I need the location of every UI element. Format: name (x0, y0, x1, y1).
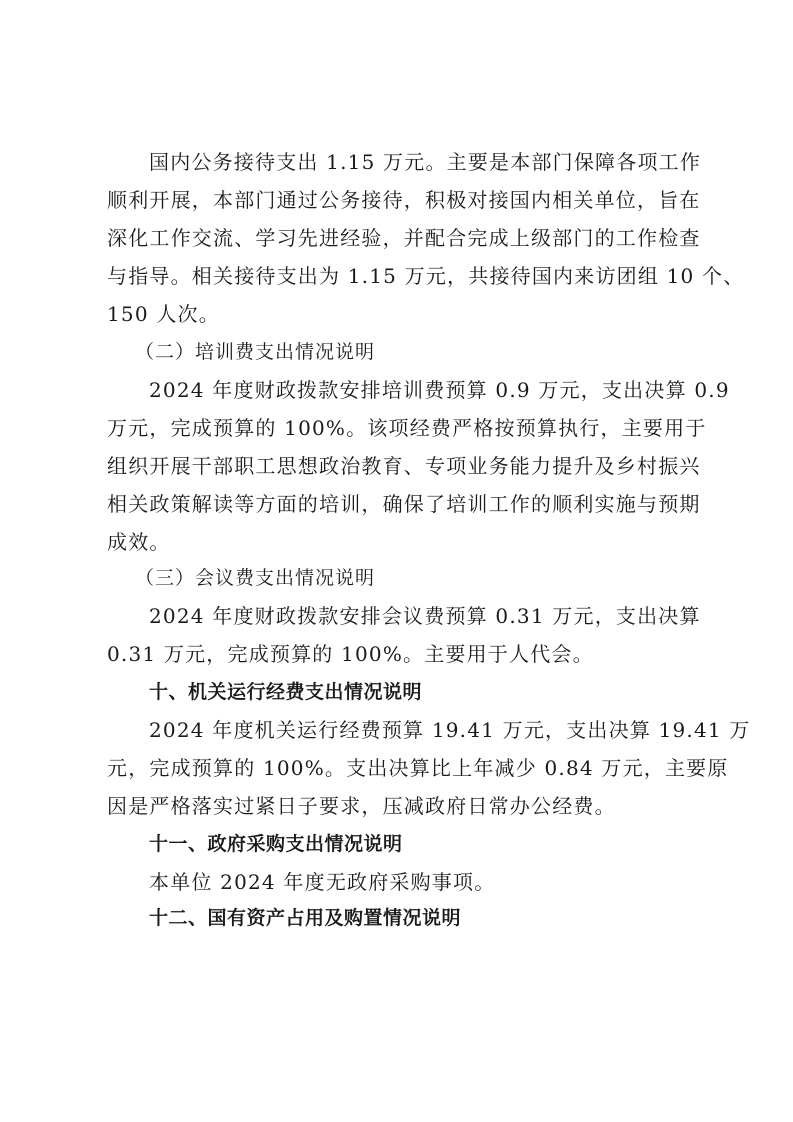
paragraph-line: 因是严格落实过紧日子要求，压减政府日常办公经费。 (107, 794, 692, 818)
paragraph-line: 国内公务接待支出 1.15 万元。主要是本部门保障各项工作 (149, 150, 692, 174)
paragraph-line: 150 人次。 (107, 302, 692, 326)
paragraph-line: 深化工作交流、学习先进经验，并配合完成上级部门的工作检查 (107, 226, 692, 250)
paragraph-line: 成效。 (107, 530, 692, 554)
paragraph-line: 元，完成预算的 100%。支出决算比上年减少 0.84 万元，主要原 (107, 756, 692, 780)
paragraph-line: 顺利开展，本部门通过公务接待，积极对接国内相关单位，旨在 (107, 188, 692, 212)
paragraph-line: 相关政策解读等方面的培训，确保了培训工作的顺利实施与预期 (107, 492, 692, 516)
paragraph-line: 2024 年度机关运行经费预算 19.41 万元，支出决算 19.41 万 (149, 718, 692, 742)
heading-state-assets: 十二、国有资产占用及购置情况说明 (149, 906, 734, 930)
subheading-meeting-fee: （三）会议费支出情况说明 (135, 566, 720, 590)
heading-operating-expenses: 十、机关运行经费支出情况说明 (149, 680, 734, 704)
paragraph-line: 2024 年度财政拨款安排会议费预算 0.31 万元，支出决算 (149, 604, 692, 628)
paragraph-line: 组织开展干部职工思想政治教育、专项业务能力提升及乡村振兴 (107, 454, 692, 478)
paragraph-line: 0.31 万元，完成预算的 100%。主要用于人代会。 (107, 642, 692, 666)
paragraph-line: 本单位 2024 年度无政府采购事项。 (149, 870, 692, 894)
paragraph-line: 与指导。相关接待支出为 1.15 万元，共接待国内来访团组 10 个、 (107, 264, 692, 288)
subheading-training-fee: （二）培训费支出情况说明 (135, 340, 720, 364)
paragraph-line: 万元，完成预算的 100%。该项经费严格按预算执行，主要用于 (107, 416, 692, 440)
heading-government-procurement: 十一、政府采购支出情况说明 (149, 832, 734, 856)
paragraph-line: 2024 年度财政拨款安排培训费预算 0.9 万元，支出决算 0.9 (149, 378, 692, 402)
